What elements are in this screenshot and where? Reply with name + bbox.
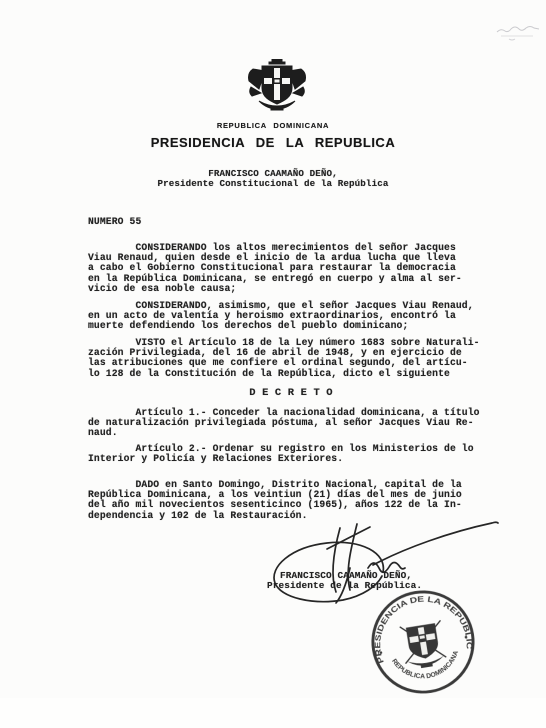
coat-of-arms-icon — [245, 59, 309, 113]
presidential-seal: PRESIDENCIA DE LA REPUBLICA REPUBLICA DO… — [361, 580, 485, 704]
letterhead-president-title: Presidente Constitucional de la Repúblic… — [0, 179, 546, 189]
signature-title: Presidente de la República. — [267, 581, 422, 591]
faint-corner-mark — [495, 25, 541, 43]
letterhead-country: REPUBLICA DOMINICANA — [0, 121, 546, 130]
paragraph-considerando-1: CONSIDERANDO los altos merecimientos del… — [88, 243, 462, 294]
paragraph-articulo-2: Artículo 2.- Ordenar su registro en los … — [88, 444, 474, 464]
paragraph-visto: VISTO el Artículo 18 de la Ley número 16… — [88, 338, 480, 379]
letterhead-office: PRESIDENCIA DE LA REPUBLICA — [0, 135, 546, 150]
decree-heading: D E C R E T O — [95, 388, 487, 398]
decree-number: NUMERO 55 — [88, 217, 141, 227]
paragraph-articulo-1: Artículo 1.- Conceder la nacionalidad do… — [88, 408, 480, 439]
seal-coat-of-arms-icon — [400, 620, 448, 670]
paragraph-considerando-2: CONSIDERANDO, asimismo, que el señor Jac… — [88, 301, 474, 332]
decree-document-page: REPUBLICA DOMINICANA PRESIDENCIA DE LA R… — [0, 0, 546, 728]
